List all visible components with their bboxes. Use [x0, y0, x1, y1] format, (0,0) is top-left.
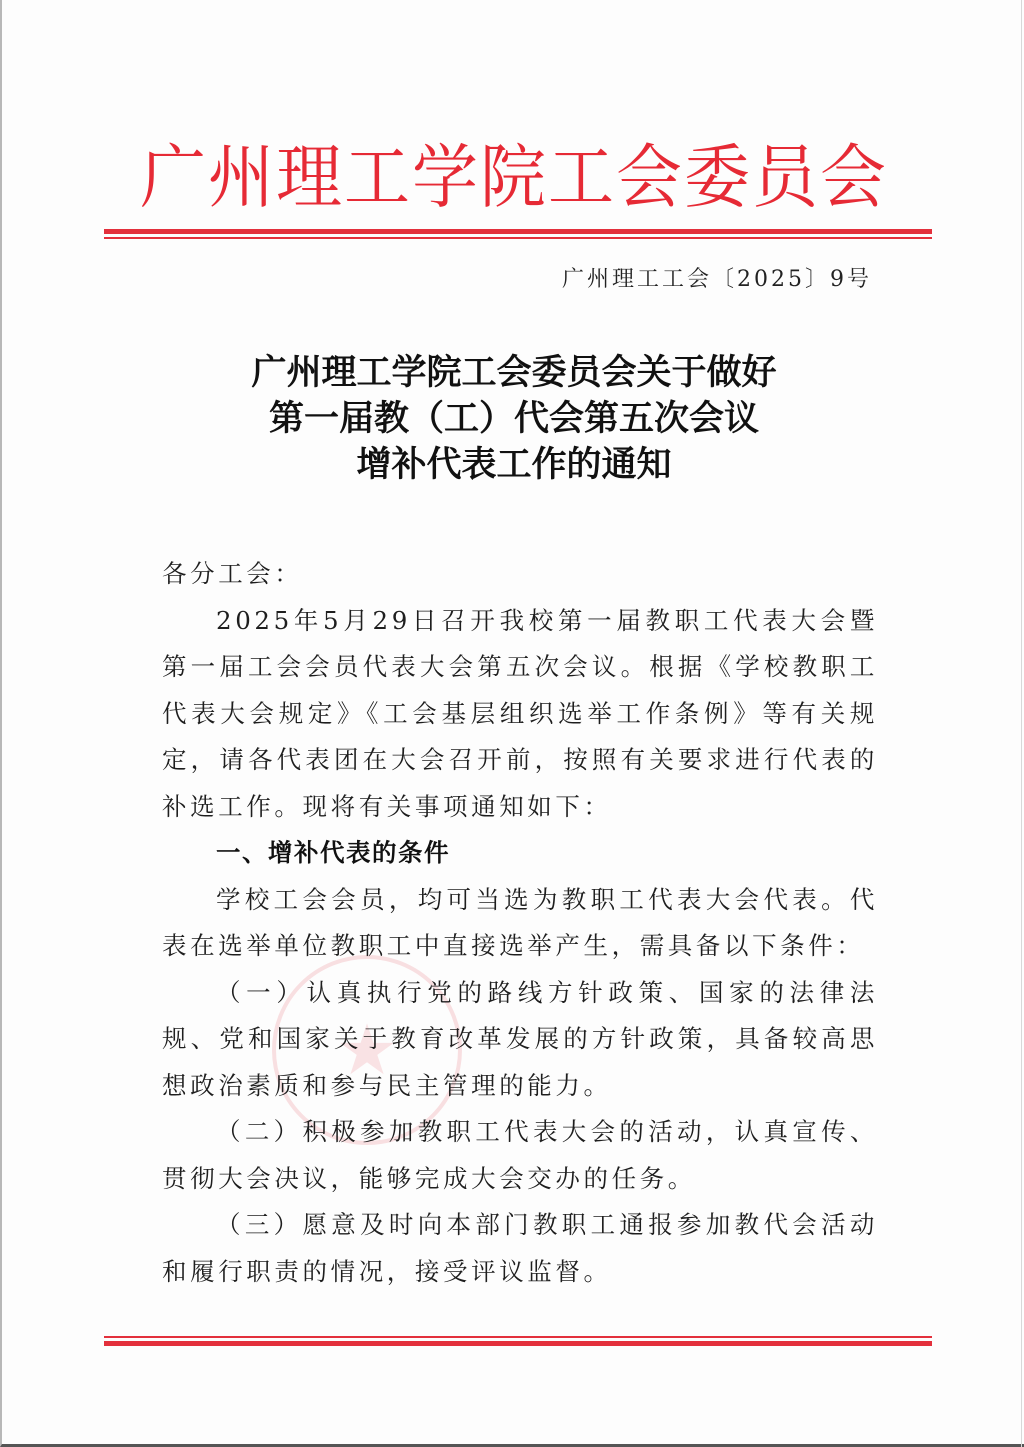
section-1-paragraph: 学校工会会员，均可当选为教职工代表大会代表。代表在选举单位教职工中直接选举产生，…	[162, 877, 878, 970]
title-line-3: 增补代表工作的通知	[2, 442, 1024, 488]
condition-item-2: （二）积极参加教职工代表大会的活动，认真宣传、贯彻大会决议，能够完成大会交办的任…	[162, 1109, 878, 1202]
document-number: 广州理工工会〔2025〕9号	[562, 262, 872, 298]
masthead-rule-thick	[104, 229, 932, 234]
condition-item-1: （一）认真执行党的路线方针政策、国家的法律法规、党和国家关于教育改革发展的方针政…	[162, 970, 878, 1110]
condition-item-3: （三）愿意及时向本部门教职工通报参加教代会活动和履行职责的情况，接受评议监督。	[162, 1202, 878, 1295]
document-body: 各分工会： 2025年5月29日召开我校第一届教职工代表大会暨第一届工会会员代表…	[162, 551, 878, 1295]
masthead-title: 广州理工学院工会委员会	[2, 131, 1024, 226]
title-line-1: 广州理工学院工会委员会关于做好	[2, 350, 1024, 396]
masthead-rule-thin	[104, 237, 932, 239]
footer-rule-thick	[104, 1341, 932, 1346]
document-title: 广州理工学院工会委员会关于做好 第一届教（工）代会第五次会议 增补代表工作的通知	[2, 350, 1024, 488]
document-page: 广州理工学院工会委员会 广州理工工会〔2025〕9号 广州理工学院工会委员会关于…	[0, 0, 1024, 1447]
footer-rule-thin	[104, 1336, 932, 1338]
title-line-2: 第一届教（工）代会第五次会议	[2, 396, 1024, 442]
section-1-heading: 一、增补代表的条件	[162, 830, 878, 877]
salutation: 各分工会：	[162, 551, 878, 598]
intro-paragraph: 2025年5月29日召开我校第一届教职工代表大会暨第一届工会会员代表大会第五次会…	[162, 598, 878, 831]
